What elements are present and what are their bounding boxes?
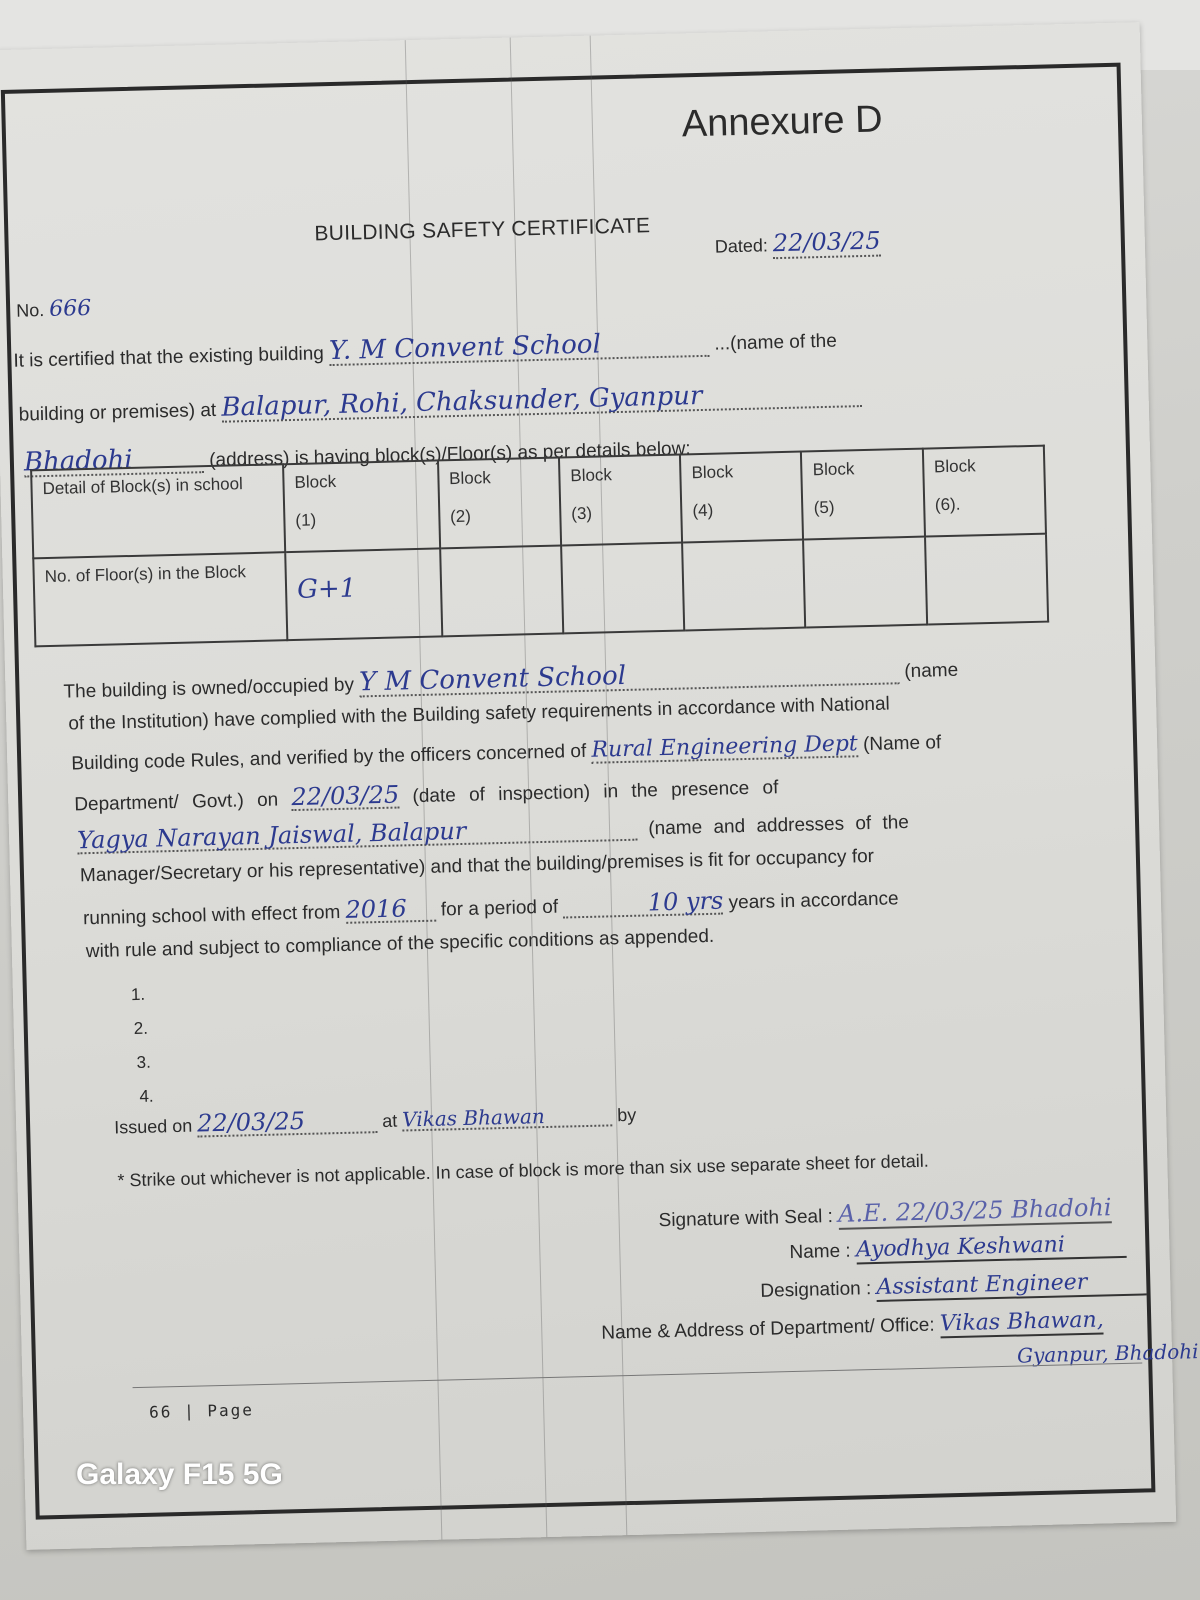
floors-value <box>694 563 793 565</box>
certificate-number: No. 666 <box>16 296 92 323</box>
intro-text: building or premises) at <box>19 400 217 426</box>
period-field: 10 yrs <box>563 889 724 919</box>
block-number: (3) <box>571 502 671 524</box>
block-header-cell: Block(4) <box>680 452 803 543</box>
condition-item: 2. <box>134 1019 149 1039</box>
body-text: (name <box>904 660 958 682</box>
condition-item: 1. <box>131 985 146 1005</box>
block-header: Block <box>294 470 427 493</box>
at-label: at <box>382 1111 397 1131</box>
condition-item: 3. <box>136 1053 151 1073</box>
designation-label: Designation : <box>760 1278 871 1302</box>
block-header-cell: Block(3) <box>559 455 682 546</box>
certificate-sheet: Annexure D BUILDING SAFETY CERTIFICATE D… <box>0 22 1176 1550</box>
floors-cell <box>682 540 805 631</box>
floors-cell <box>440 545 563 636</box>
issued-date-field: 22/03/25 <box>197 1107 378 1137</box>
block-number: (2) <box>450 505 550 527</box>
dated-field: Dated: 22/03/25 <box>714 227 881 261</box>
block-header: Block <box>691 461 791 483</box>
block-header-cell: Block(5) <box>801 449 924 540</box>
camera-watermark: Galaxy F15 5G <box>76 1458 283 1492</box>
floors-value <box>573 566 672 568</box>
by-label: by <box>617 1105 636 1125</box>
intro-text: ...(name of the <box>714 331 837 355</box>
block-number: (5) <box>813 496 913 518</box>
annexure-heading: Annexure D <box>681 98 883 146</box>
block-header: Block <box>570 464 670 486</box>
body-text: for a period of <box>441 897 559 921</box>
body-text: The building is owned/occupied by <box>63 675 354 703</box>
blocks-table: Detail of Block(s) in school Block(1) Bl… <box>30 445 1049 648</box>
floors-value <box>815 560 914 562</box>
page-number: 66 | Page <box>149 1400 254 1422</box>
floors-cell <box>803 537 926 628</box>
block-number: (6). <box>935 493 1035 515</box>
body-text: years in accordance <box>728 888 899 913</box>
block-header-cell: Block(6). <box>923 446 1046 537</box>
name-label: Name : <box>789 1241 851 1263</box>
block-number: (4) <box>692 499 792 521</box>
floors-cell <box>561 543 684 634</box>
floors-value <box>936 557 1035 559</box>
row-label: No. of Floor(s) in the Block <box>33 552 287 646</box>
issued-label: Issued on <box>114 1116 193 1138</box>
condition-item: 4. <box>139 1087 154 1107</box>
block-number: (1) <box>295 508 428 531</box>
row-label: Detail of Block(s) in school <box>31 464 285 558</box>
floors-value <box>451 569 550 571</box>
floors-cell <box>925 534 1048 625</box>
block-header-cell: Block(1) <box>283 460 440 552</box>
office-label: Name & Address of Department/ Office: <box>601 1315 935 1344</box>
office-value-line-1: Vikas Bhawan, <box>940 1307 1104 1338</box>
floors-value: G+1 <box>297 572 430 605</box>
effect-from-field: 2016 <box>345 896 436 924</box>
seal-label: Signature with Seal : <box>658 1206 833 1231</box>
inspection-date-field: 22/03/25 <box>291 782 399 811</box>
block-header: Block <box>934 455 1034 477</box>
dated-label: Dated: <box>715 235 769 256</box>
block-header: Block <box>813 458 913 480</box>
body-text: Department/ Govt.) on <box>74 789 278 815</box>
floors-cell: G+1 <box>285 548 442 640</box>
body-text: (Name of <box>863 732 942 755</box>
dated-value: 22/03/25 <box>773 227 881 260</box>
no-label: No. <box>16 300 44 321</box>
block-header: Block <box>449 467 549 489</box>
block-header-cell: Block(2) <box>438 457 561 548</box>
issued-place-field: Vikas Bhawan <box>402 1104 612 1131</box>
no-value: 666 <box>49 296 92 322</box>
